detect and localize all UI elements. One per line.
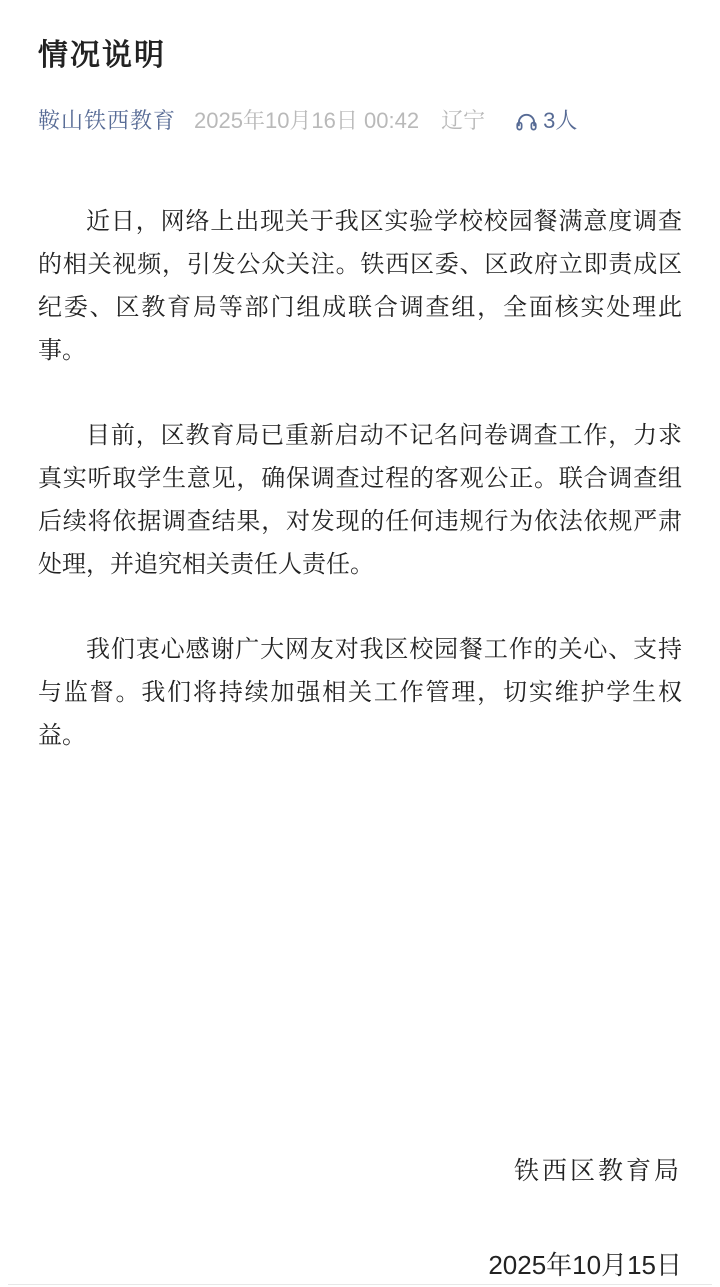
byline: 鞍山铁西教育 2025年10月16日 00:42 辽宁 3人 bbox=[38, 106, 682, 136]
signature-org: 铁西区教育局 bbox=[514, 1155, 682, 1187]
listen-count: 3人 bbox=[543, 106, 577, 136]
publish-datetime: 2025年10月16日 00:42 bbox=[194, 106, 419, 136]
article-title: 情况说明 bbox=[38, 38, 166, 74]
publish-location: 辽宁 bbox=[441, 106, 485, 136]
headphones-icon bbox=[515, 111, 543, 132]
article-page: 情况说明 鞍山铁西教育 2025年10月16日 00:42 辽宁 3人 近日，网… bbox=[0, 0, 720, 1287]
account-name-link[interactable]: 鞍山铁西教育 bbox=[38, 106, 176, 136]
article-body: 近日，网络上出现关于我区实验学校校园餐满意度调查的相关视频，引发公众关注。铁西区… bbox=[38, 200, 682, 799]
paragraph: 近日，网络上出现关于我区实验学校校园餐满意度调查的相关视频，引发公众关注。铁西区… bbox=[38, 200, 682, 372]
paragraph: 我们衷心感谢广大网友对我区校园餐工作的关心、支持与监督。我们将持续加强相关工作管… bbox=[38, 628, 682, 757]
paragraph: 目前，区教育局已重新启动不记名问卷调查工作，力求真实听取学生意见，确保调查过程的… bbox=[38, 414, 682, 586]
signature-date: 2025年10月15日 bbox=[488, 1248, 682, 1282]
bottom-divider bbox=[8, 1284, 712, 1285]
listen-count-button[interactable]: 3人 bbox=[515, 106, 577, 136]
